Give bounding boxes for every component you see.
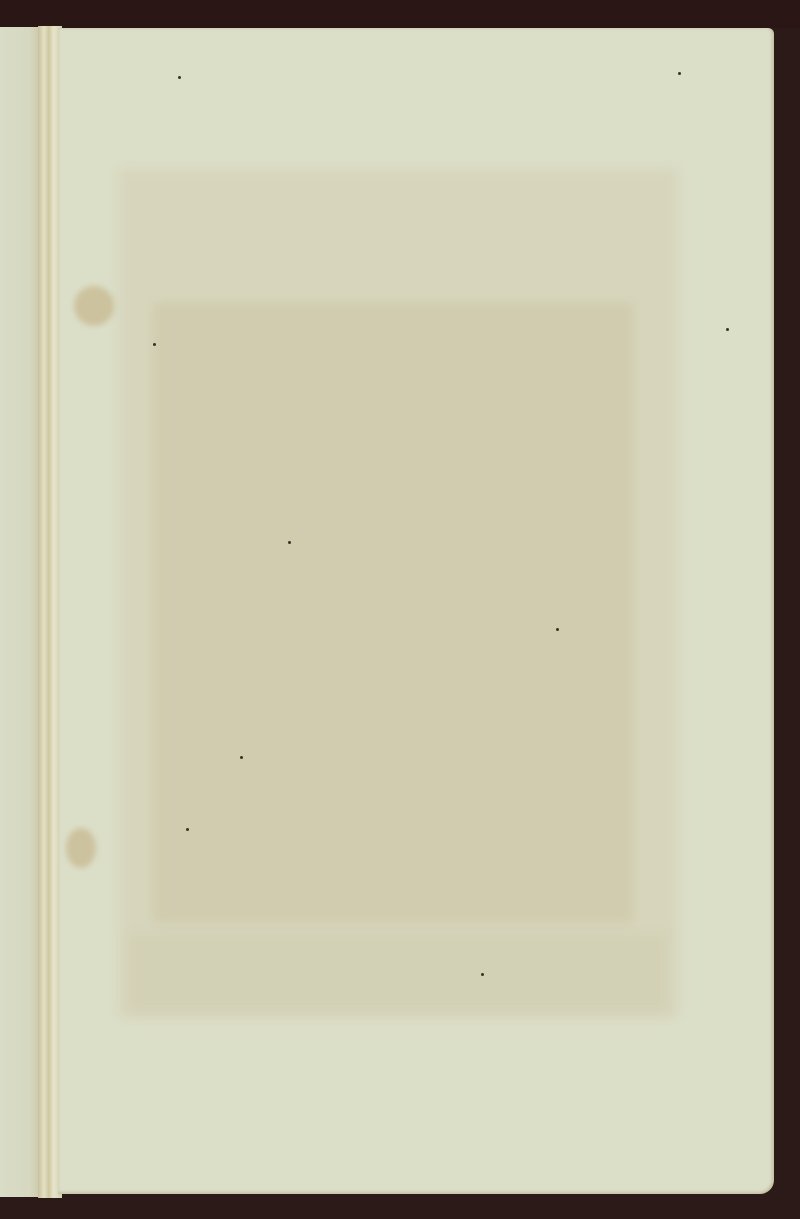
- paper-speck: [240, 756, 243, 759]
- left-page-edge: [0, 27, 42, 1197]
- foxing-stain: [74, 286, 114, 326]
- paper-speck: [556, 628, 559, 631]
- paper-speck: [186, 828, 189, 831]
- paper-speck: [481, 973, 484, 976]
- foxing-stain: [66, 828, 96, 868]
- paper-speck: [726, 328, 729, 331]
- paper-speck: [678, 72, 681, 75]
- bleed-through-illustration: [153, 303, 633, 923]
- paper-speck: [288, 541, 291, 544]
- bleed-through-caption-area: [128, 933, 668, 1013]
- blank-page: [58, 28, 774, 1194]
- paper-speck: [178, 76, 181, 79]
- scanner-background-top: [0, 0, 800, 28]
- paper-speck: [153, 343, 156, 346]
